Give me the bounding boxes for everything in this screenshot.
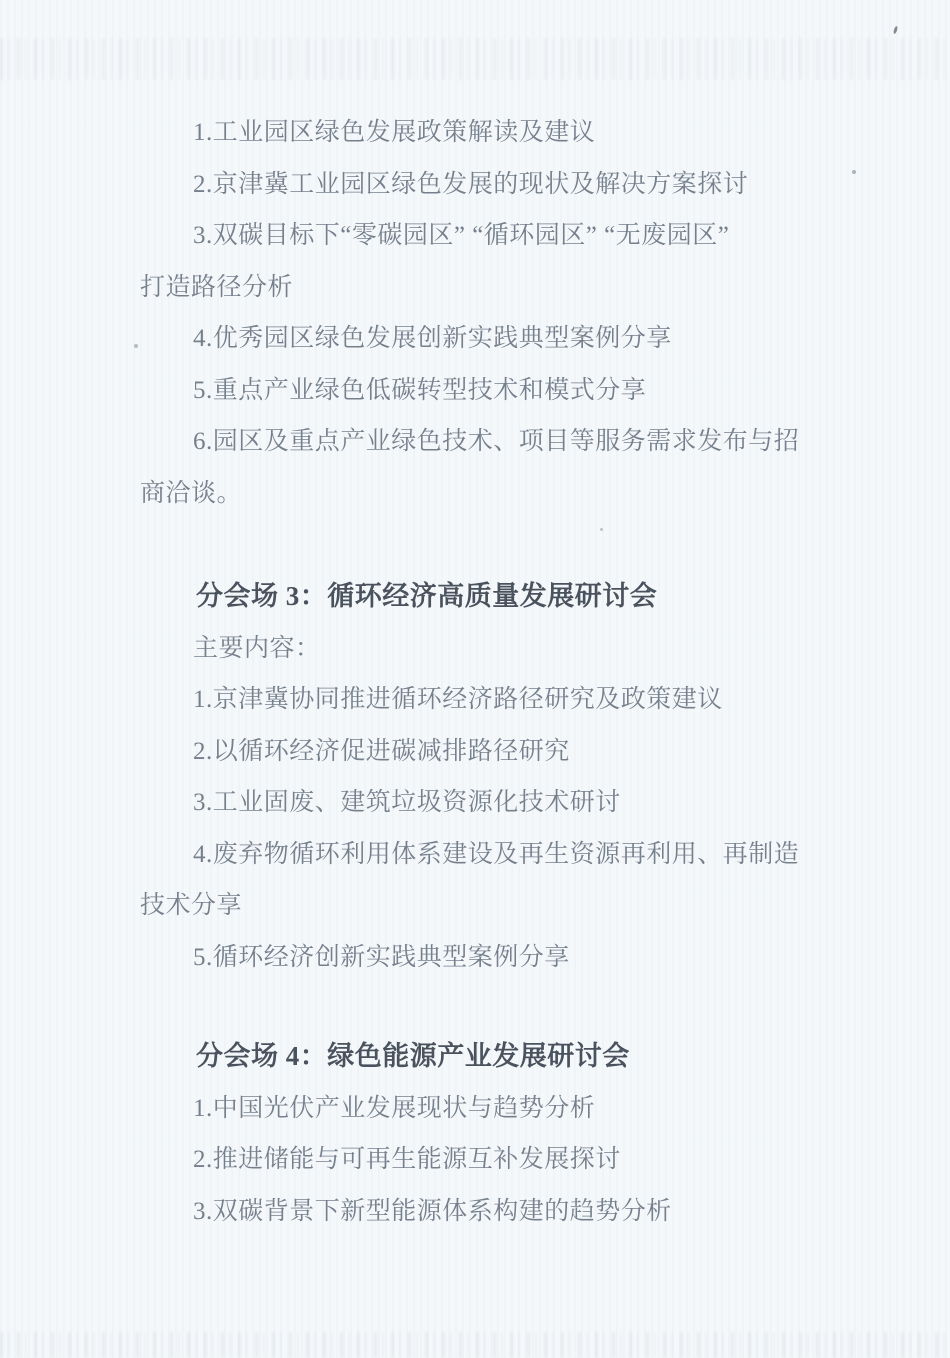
list-item: 6.园区及重点产业绿色技术、项目等服务需求发布与招 (193, 416, 950, 468)
list-item: 3.双碳背景下新型能源体系构建的趋势分析 (193, 1186, 950, 1238)
list-item-continuation: 商洽谈。 (140, 468, 950, 520)
list-item: 1.中国光伏产业发展现状与趋势分析 (193, 1083, 950, 1135)
list-item: 5.重点产业绿色低碳转型技术和模式分享 (193, 365, 950, 417)
scan-speck (893, 26, 898, 35)
list-item: 5.循环经济创新实践典型案例分享 (193, 932, 950, 984)
document-body: 1.工业园区绿色发展政策解读及建议2.京津冀工业园区绿色发展的现状及解决方案探讨… (0, 107, 950, 1237)
list-item-continuation: 打造路径分析 (140, 262, 950, 314)
list-item: 3.工业固废、建筑垃圾资源化技术研讨 (193, 777, 950, 829)
section-heading: 分会场 4：绿色能源产业发展研讨会 (196, 1031, 950, 1083)
scan-noise-band-top (0, 38, 950, 80)
scan-speck (852, 170, 856, 174)
list-item: 4.优秀园区绿色发展创新实践典型案例分享 (193, 313, 950, 365)
list-item: 主要内容： (193, 623, 950, 675)
section-gap (0, 519, 950, 571)
list-item: 2.京津冀工业园区绿色发展的现状及解决方案探讨 (193, 159, 950, 211)
list-item: 2.以循环经济促进碳减排路径研究 (193, 726, 950, 778)
list-item: 2.推进储能与可再生能源互补发展探讨 (193, 1134, 950, 1186)
section-heading: 分会场 3：循环经济高质量发展研讨会 (196, 571, 950, 623)
list-item: 3.双碳目标下“零碳园区” “循环园区” “无废园区” (193, 210, 950, 262)
scan-speck (134, 344, 138, 348)
list-item: 4.废弃物循环利用体系建设及再生资源再利用、再制造 (193, 829, 950, 881)
section-gap (0, 983, 950, 1031)
list-item-continuation: 技术分享 (140, 880, 950, 932)
list-item: 1.京津冀协同推进循环经济路径研究及政策建议 (193, 674, 950, 726)
scan-speck (600, 528, 603, 531)
scan-viewport: { "colors": { "page_background": "#f5f8f… (0, 0, 950, 1358)
list-item: 1.工业园区绿色发展政策解读及建议 (193, 107, 950, 159)
document-page: 1.工业园区绿色发展政策解读及建议2.京津冀工业园区绿色发展的现状及解决方案探讨… (0, 0, 950, 1358)
scan-noise-band-bottom (0, 1332, 950, 1358)
